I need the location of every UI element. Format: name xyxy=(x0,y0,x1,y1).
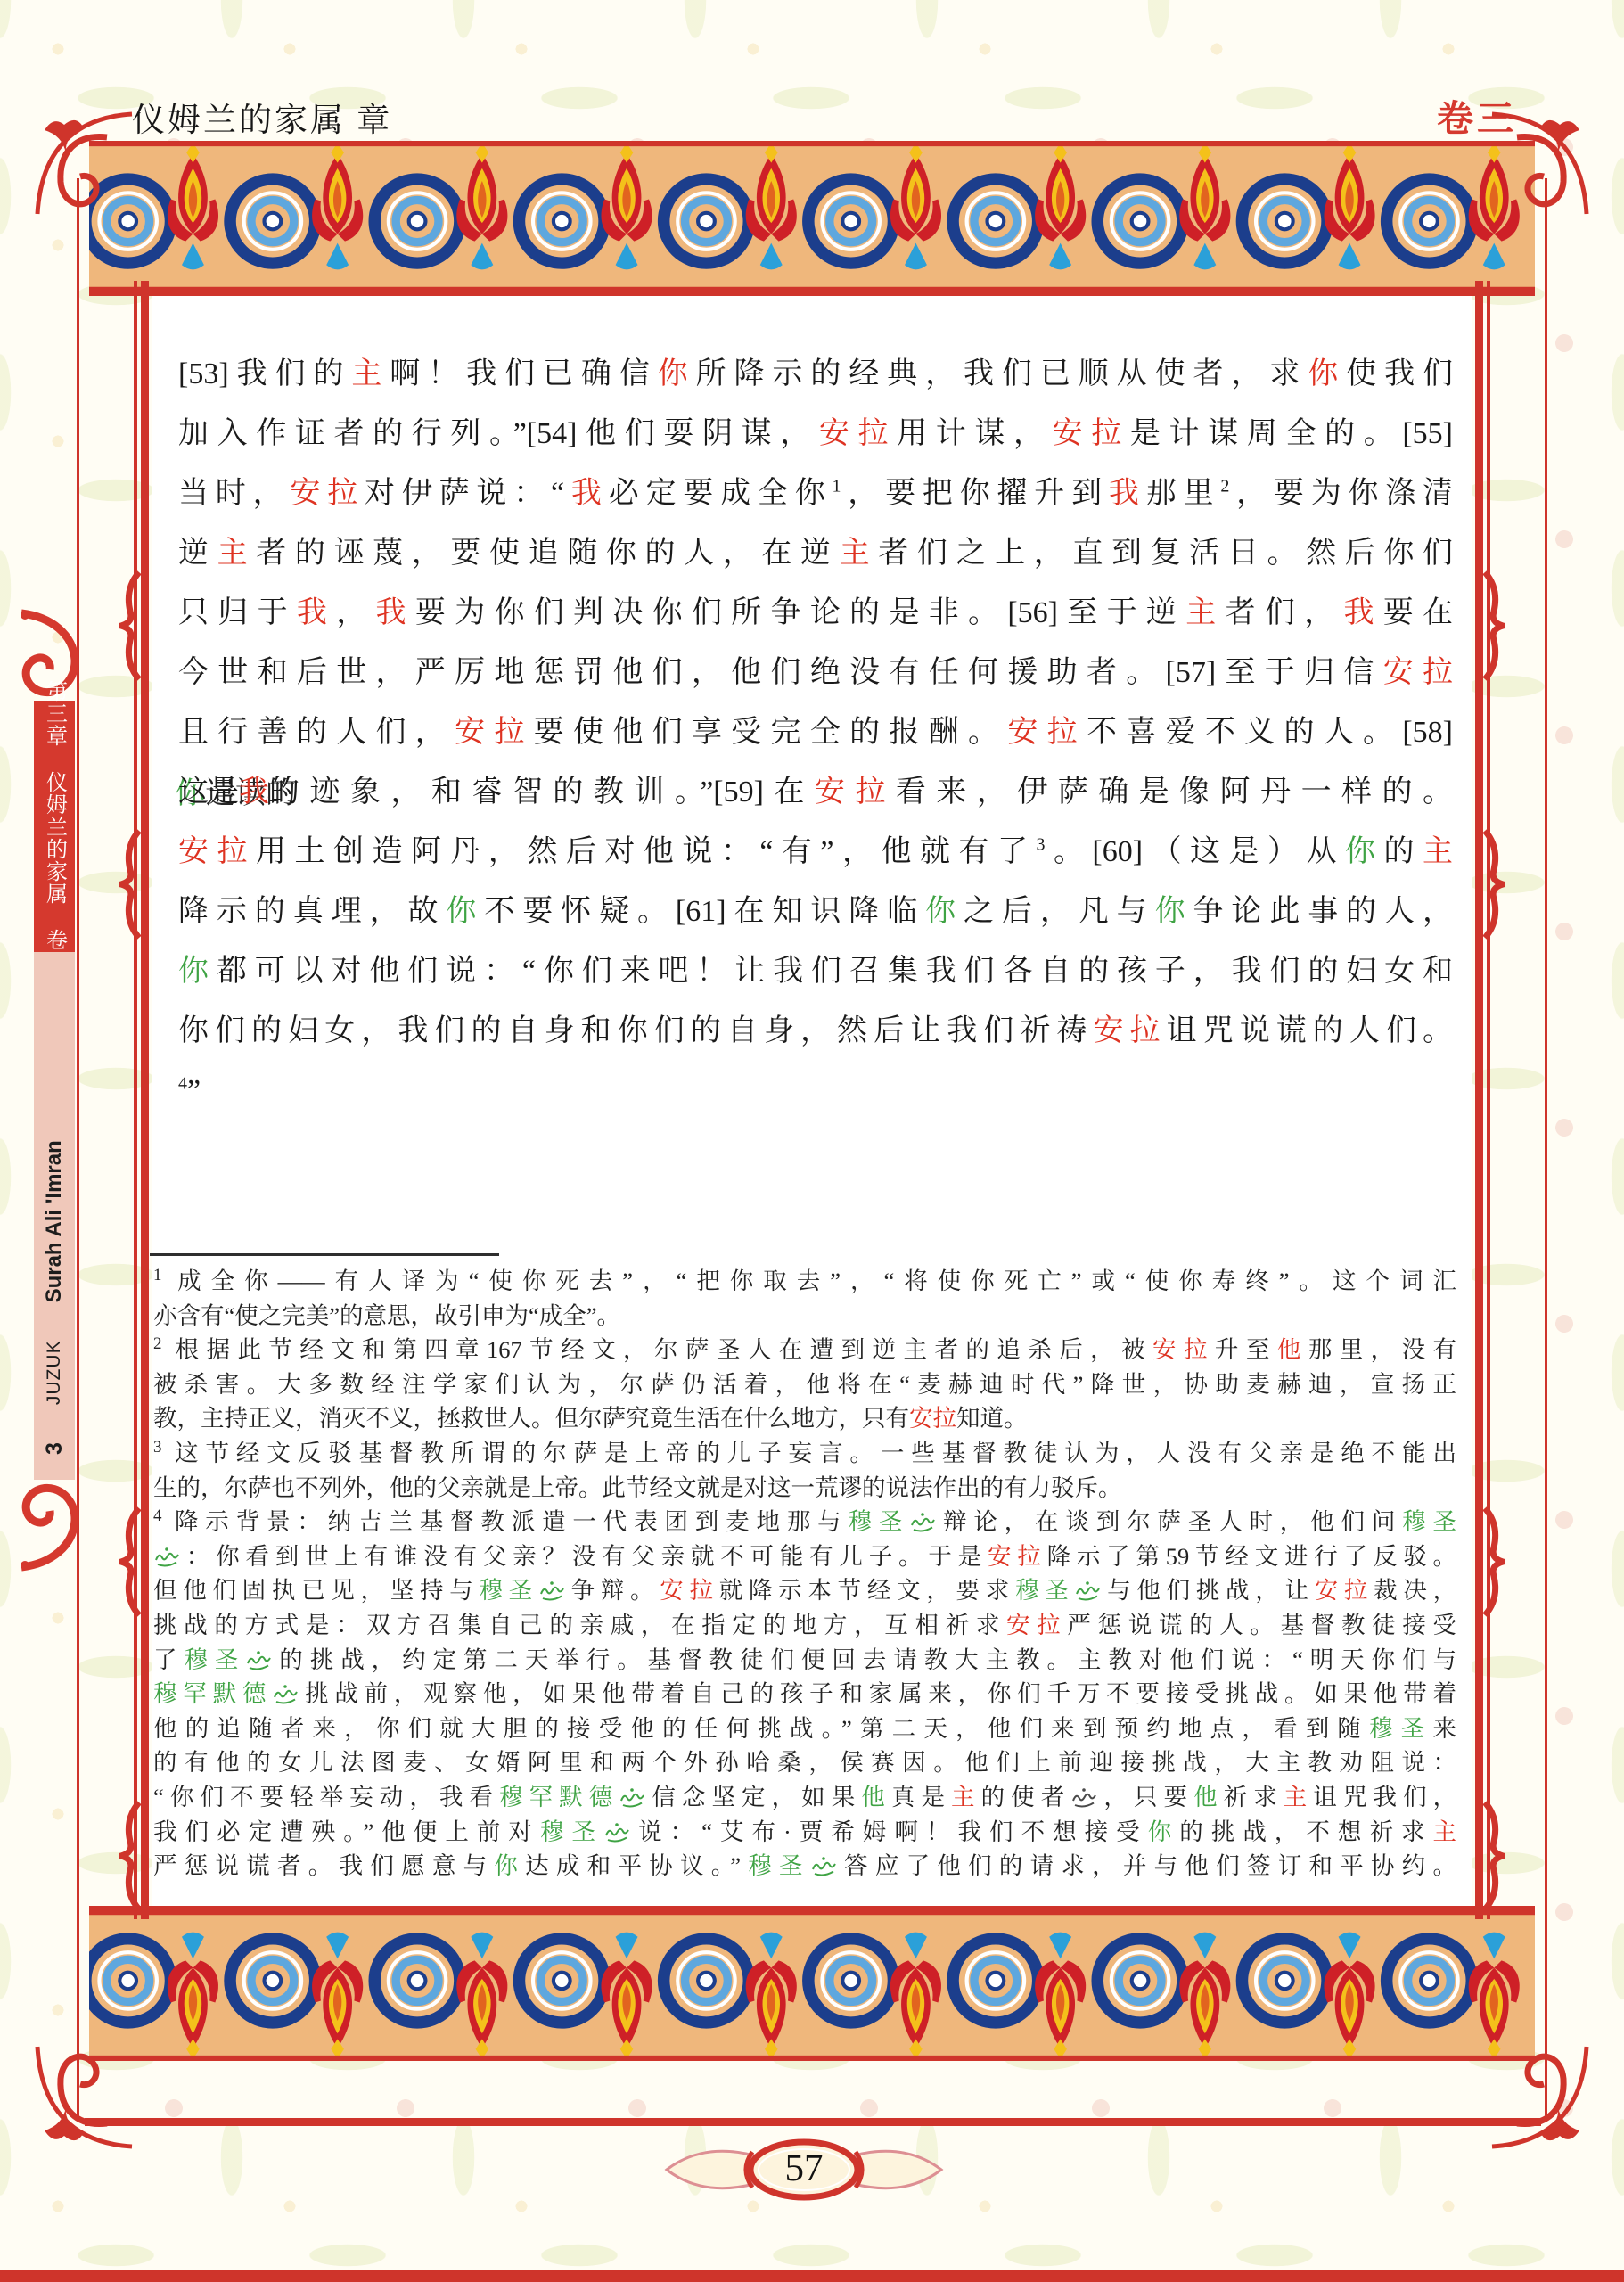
corner-flourish-icon xyxy=(20,2038,137,2155)
pbuh-icon xyxy=(909,1508,936,1543)
footnote-line: 4 降示背景：纳吉兰基督教派遣一代表团到麦地那与穆圣辩论，在谈到尔萨圣人时，他们… xyxy=(153,1505,1456,1539)
pbuh-icon xyxy=(538,1577,565,1612)
pbuh-icon xyxy=(1074,1577,1101,1612)
side-bracket-icon xyxy=(119,1801,141,1911)
verse-line: 4” xyxy=(178,1061,1453,1120)
footnote-line: 穆罕默德挑战前，观察他，如果他带着自己的孩子和家属来，你们千万不要接受挑战。如果… xyxy=(153,1677,1456,1711)
juz-number: 3 xyxy=(42,1442,68,1455)
pbuh-icon xyxy=(810,1852,837,1887)
verse-text-block: [53]我们的主啊！我们已确信你所降示的经典，我们已顺从使者，求你使我们加入作证… xyxy=(178,344,1453,1120)
footnote-line: 1 成全你——有人译为“使你死去”，“把你取去”，“将使你死亡”或“使你寿终”。… xyxy=(153,1264,1456,1299)
verse-line: 你们的妇女，我们的自身和你们的自身，然后让我们祈祷安拉诅咒说谎的人们。 xyxy=(178,1001,1453,1061)
footnote-line: 挑战的方式是：双方召集自己的亲戚，在指定的地方，互相祈求安拉严惩说谎的人。基督教… xyxy=(153,1608,1456,1643)
verse-line: 且行善的人们，安拉要使他们享受完全的报酬。安拉不喜爱不义的人。[58] xyxy=(178,702,1453,762)
footnote-line: 教，主持正义，消灭不义，拯救世人。但尔萨究竟生活在什么地方，只有安拉知道。 xyxy=(153,1401,1456,1436)
overprinted-glyphs: 你这遣是读我的的 xyxy=(178,776,299,809)
footnote-line: “你们不要轻举妄动，我看穆罕默德信念坚定，如果他真是主的使者，只要他祈求主诅咒我… xyxy=(153,1780,1456,1815)
frame-left-inner-line xyxy=(141,281,149,1919)
side-bracket-icon xyxy=(119,1506,141,1617)
footnote-line: 了穆圣的挑战，约定第二天举行。基督教徒们便回去请教大主教。主教对他们说：“明天你… xyxy=(153,1643,1456,1678)
page-title: 仪姆兰的家属 章 xyxy=(132,93,392,141)
surah-name-label: Surah Ali 'Imran xyxy=(42,1140,67,1302)
sidebar-chapter-label: 第三章 仪姆兰的家属 卷三 xyxy=(39,680,70,973)
margin-right-line xyxy=(1545,178,1547,2120)
scroll-ornament-icon xyxy=(12,1482,86,1572)
footnote-line: 被杀害。大多数经注学家们认为，尔萨仍活着，他将在“麦赫迪时代”降世，协助麦赫迪，… xyxy=(153,1367,1456,1402)
verse-line: 你这遣是读我的的迹象，和睿智的教训。”[59]在安拉看来，伊萨确是像阿丹一样的。 xyxy=(178,762,1453,822)
footnote-line: 我们必定遭殃。”他便上前对穆圣说：“艾布·贾希姆啊！我们不想接受你的挑战，不想祈… xyxy=(153,1815,1456,1850)
pbuh-icon xyxy=(153,1543,180,1578)
verse-line: 加入作证者的行列。”[54]他们耍阴谋，安拉用计谋，安拉是计谋周全的。[55] xyxy=(178,404,1453,464)
frame-bottom-line xyxy=(85,2118,1541,2126)
footnote-line: 2 根据此节经文和第四章167节经文，尔萨圣人在遭到逆主者的追杀后，被安拉升至他… xyxy=(153,1333,1456,1367)
verse-line: 安拉用土创造阿丹，然后对他说：“有”，他就有了3。[60]（这是）从你的主 xyxy=(178,822,1453,882)
verse-line: 今世和后世，严厉地惩罚他们，他们绝没有任何援助者。[57]至于归信安拉 xyxy=(178,643,1453,702)
pbuh-icon xyxy=(245,1646,272,1681)
verse-line: 降示的真理，故你不要怀疑。[61]在知识降临你之后，凡与你争论此事的人， xyxy=(178,882,1453,941)
verse-line: 逆主者的诬蔑，要使追随你的人，在逆主者们之上，直到复活日。然后你们 xyxy=(178,523,1453,583)
sidebar-juzuk-rotated: 3 JUZUK Surah Ali 'Imran xyxy=(34,952,75,1480)
footnote-line: 生的，尔萨也不列外，他的父亲就是上帝。此节经文就是对这一荒谬的说法作出的有力驳斥… xyxy=(153,1471,1456,1506)
corner-flourish-icon xyxy=(20,105,137,223)
footnote-line: 他的追随者来，你们就大胆的接受他的任何挑战。”第二天，他们来到预约地点，看到随穆… xyxy=(153,1711,1456,1746)
verse-line: 你都可以对他们说：“你们来吧！让我们召集我们各自的孩子，我们的妇女和 xyxy=(178,941,1453,1001)
side-bracket-icon xyxy=(1483,829,1505,940)
side-bracket-icon xyxy=(119,829,141,940)
sidebar-chapter-band: 第三章 仪姆兰的家属 卷三 xyxy=(34,701,75,952)
footnote-line: ：你看到世上有谁没有父亲？没有父亲就不可能有儿子。于是安拉降示了第59节经文进行… xyxy=(153,1539,1456,1574)
frame-left-outer-line xyxy=(134,281,137,1919)
side-bracket-icon xyxy=(1483,1506,1505,1617)
floral-scroll-band-icon xyxy=(89,1906,1535,2061)
side-bracket-icon xyxy=(1483,570,1505,681)
frame-right-inner-line xyxy=(1475,281,1483,1919)
footnotes-block: 1 成全你——有人译为“使你死去”，“把你取去”，“将使你死亡”或“使你寿终”。… xyxy=(153,1264,1456,1884)
side-bracket-icon xyxy=(1483,1801,1505,1911)
corner-flourish-icon xyxy=(1487,105,1604,223)
footnote-line: 3 这节经文反驳基督教所谓的尔萨是上帝的儿子妄言。一些基督教徒认为，人没有父亲是… xyxy=(153,1436,1456,1471)
page-number: 57 xyxy=(660,2138,948,2202)
page-number-cartouche: 57 xyxy=(660,2138,948,2202)
sidebar-juzuk-band: 3 JUZUK Surah Ali 'Imran xyxy=(34,952,75,1480)
verse-line: 只归于我，我要为你们判决你们所争论的是非。[56]至于逆主者们，我要在 xyxy=(178,583,1453,643)
verse-line: 当时，安拉对伊萨说：“我必定要成全你1，要把你擢升到我那里2，要为你涤清 xyxy=(178,464,1453,523)
footnote-line: 的有他的女儿法图麦、女婿阿里和两个外孙哈桑，侯赛因。他们上前迎接挑战，大主教劝阻… xyxy=(153,1745,1456,1780)
pbuh-icon xyxy=(603,1818,630,1853)
ornamental-border-bottom xyxy=(89,1906,1535,2061)
corner-flourish-icon xyxy=(1487,2038,1604,2155)
floral-scroll-band-icon xyxy=(89,141,1535,296)
pbuh-icon xyxy=(1070,1784,1097,1818)
footnote-separator xyxy=(150,1253,499,1256)
margin-left-line xyxy=(77,178,79,2120)
footnote-line: 亦含有“使之完美”的意思，故引申为“成全”。 xyxy=(153,1299,1456,1334)
bottom-edge-strip xyxy=(0,2270,1624,2282)
quran-translation-page: 仪姆兰的家属 章 卷三 xyxy=(0,0,1624,2282)
ornamental-border-top xyxy=(89,141,1535,296)
frame-right-outer-line xyxy=(1487,281,1490,1919)
juzuk-label: JUZUK xyxy=(44,1340,65,1405)
pbuh-icon xyxy=(619,1784,645,1818)
side-bracket-icon xyxy=(119,570,141,681)
footnote-line: 但他们固执已见，坚持与穆圣争辩。安拉就降示本节经文，要求穆圣与他们挑战，让安拉裁… xyxy=(153,1573,1456,1608)
footnote-line: 严惩说谎者。我们愿意与你达成和平协议。”穆圣答应了他们的请求，并与他们签订和平协… xyxy=(153,1849,1456,1884)
verse-line: [53]我们的主啊！我们已确信你所降示的经典，我们已顺从使者，求你使我们 xyxy=(178,344,1453,404)
pbuh-icon xyxy=(272,1680,299,1715)
